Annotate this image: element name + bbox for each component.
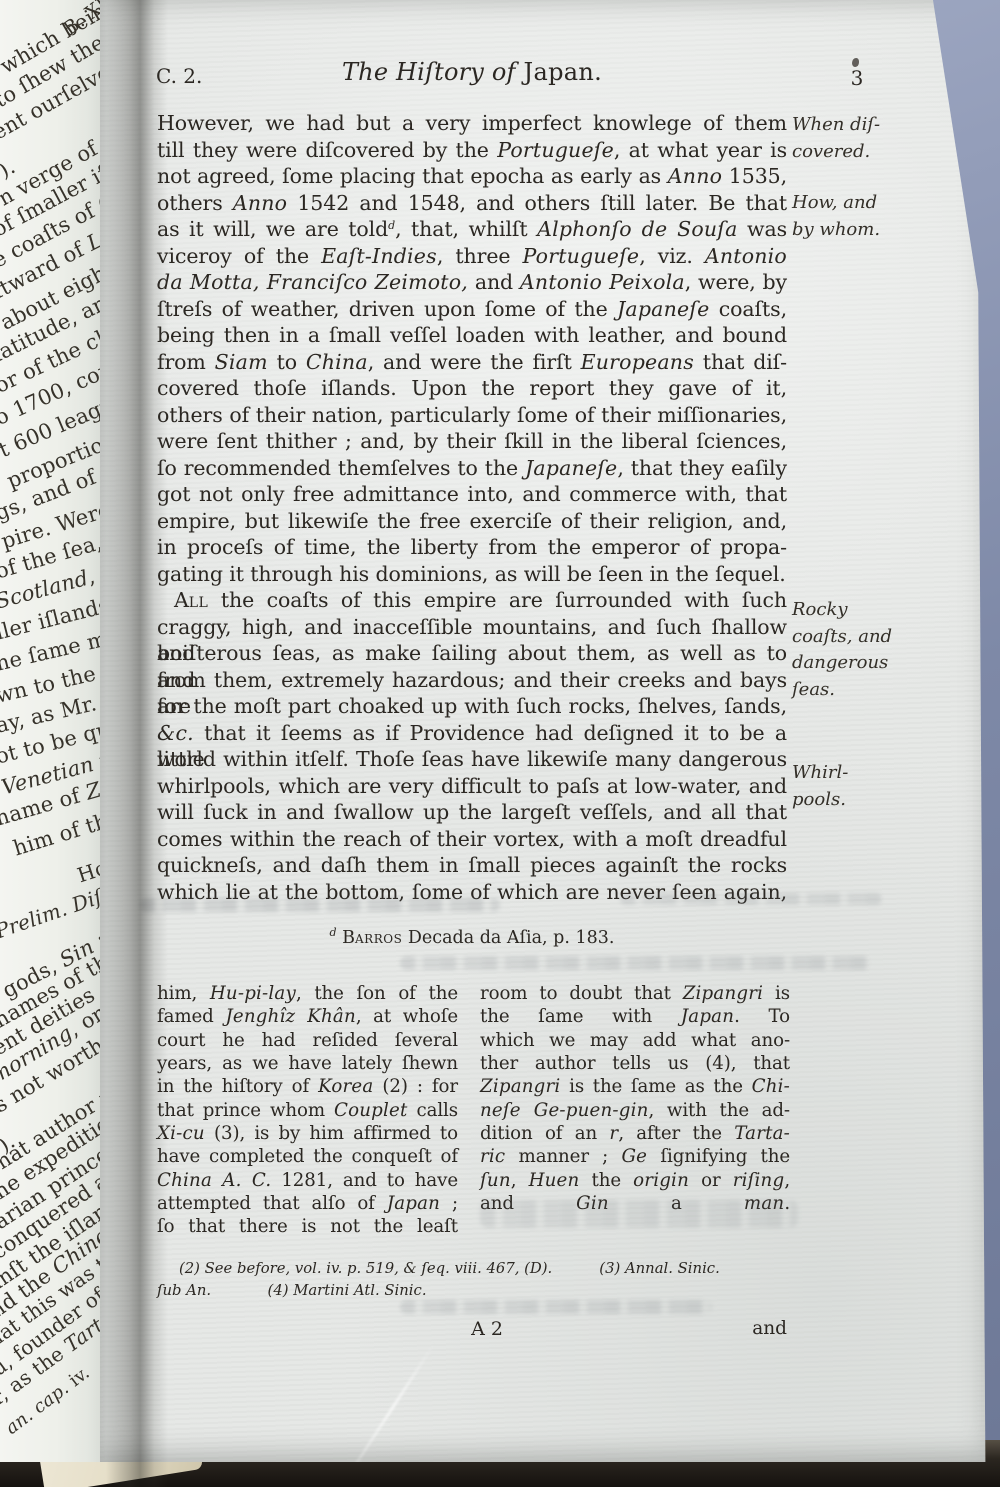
note-column-left: him, Hu-pi-lay, the ſon of thefamed Jeng… [157, 982, 458, 1239]
margin-note-whirlpools: Whirl-pools. [792, 760, 908, 813]
paragraph-discovery: However, we had but a very imperfect kno… [157, 110, 787, 587]
text-line: coaſts, and [792, 624, 908, 651]
text-line: court he had reſided ſeveral [157, 1029, 458, 1052]
text-line: for the moſt part choaked up with ſuch r… [157, 693, 787, 720]
text-line: in the hiſtory of Korea (2) : for [157, 1075, 458, 1098]
text-line: (2) See before, vol. iv. p. 519, & ſeq. … [157, 1258, 777, 1280]
text-line: ſtreſs of weather, driven upon ſome of t… [157, 296, 787, 323]
text-line: not agreed, ſome placing that epocha as … [157, 163, 787, 190]
running-title: The Hiſtory of Japan. [157, 58, 787, 86]
catchword: and [157, 1318, 787, 1339]
text-line: neſe Ge-puen-gin, with the ad- [480, 1099, 790, 1122]
text-line: pools. [792, 787, 908, 814]
book-photo: { "colors": { "backdrop": "#7e89a7", "pa… [0, 0, 1000, 1487]
text-line: got not only free admittance into, and c… [157, 481, 787, 508]
text-line: whirlpools, which are very difficult to … [157, 773, 787, 800]
text-line: da Motta, Franciſco Zeimoto, and Antonio… [157, 269, 787, 296]
ink-bleedthrough [620, 893, 882, 905]
bottom-footnotes: (2) See before, vol. iv. p. 519, & ſeq. … [157, 1258, 777, 1302]
text-line: comes within the reach of their vortex, … [157, 826, 787, 853]
text-line: ſeas. [792, 677, 908, 704]
text-line: craggy, high, and inacceſſible mountains… [157, 614, 787, 641]
page-number: 3 [840, 66, 874, 90]
text-line: that prince whom Couplet calls [157, 1099, 458, 1122]
margin-note-rocky-coasts: Rockycoaſts, anddangerousſeas. [792, 597, 908, 703]
text-line: ric manner ; Ge ſignifying the [480, 1145, 790, 1168]
text-line: quickneſs, and daſh them in ſmall pieces… [157, 852, 787, 879]
text-line: him, Hu-pi-lay, the ſon of the [157, 982, 458, 1005]
text-line: When diſ- [792, 112, 908, 139]
text-line: All the coaſts of this empire are ſurrou… [157, 587, 787, 614]
ink-bleedthrough [400, 1300, 712, 1314]
ink-bleedthrough [140, 898, 500, 912]
note-column-right: room to doubt that Zipangri isthe ſame w… [480, 982, 790, 1215]
text-line: in proceſs of time, the liberty from the… [157, 534, 787, 561]
text-line: till they were diſcovered by the Portugu… [157, 137, 787, 164]
text-line: which we may add what ano- [480, 1029, 790, 1052]
text-line: Zipangri is the ſame as the Chi- [480, 1075, 790, 1098]
text-line: have completed the conqueſt of [157, 1145, 458, 1168]
text-line: empire, but likewiſe the free exerciſe o… [157, 508, 787, 535]
text-line: Xi-cu (3), is by him affirmed to [157, 1122, 458, 1145]
ink-bleedthrough [480, 1200, 798, 1228]
text-line: from Siam to China, and were the firſt E… [157, 349, 787, 376]
text-line: &c. that it ſeems as if Providence had d… [157, 720, 787, 747]
text-line: However, we had but a very imperfect kno… [157, 110, 787, 137]
text-line: were ſent thither ; and, by their ſkill … [157, 428, 787, 455]
book-page: C. 2. The Hiſtory of Japan. 3 However, w… [100, 0, 988, 1462]
text-line: covered thoſe iſlands. Upon the report t… [157, 375, 787, 402]
text-line: the ſame with Japan. To [480, 1005, 790, 1028]
text-line: Rocky [792, 597, 908, 624]
text-line: ſo recommended themſelves to the Japaneſ… [157, 455, 787, 482]
text-line: world within itſelf. Thoſe ſeas have lik… [157, 746, 787, 773]
text-line: ther author tells us (4), that [480, 1052, 790, 1075]
text-line: will ſuck in and ſwallow up the largeſt … [157, 799, 787, 826]
text-line: attempted that alſo of Japan ; [157, 1192, 458, 1215]
text-line: dition of an r, after the Tarta- [480, 1122, 790, 1145]
text-line: others of their nation, particularly ſom… [157, 402, 787, 429]
text-line: ſub An. (4) Martini Atl. Sinic. [157, 1280, 777, 1302]
text-line: ſun, Huen the origin or riſing, [480, 1169, 790, 1192]
text-line: as it will, we are toldd, that, whilſt A… [157, 216, 787, 243]
text-line: boiſterous ſeas, as make ſailing about t… [157, 640, 787, 667]
text-line: How, and [792, 190, 908, 217]
text-line: years, as we have lately ſhewn [157, 1052, 458, 1075]
text-line: by whom. [792, 217, 908, 244]
text-line: ſo that there is not the leaſt [157, 1215, 458, 1238]
text-line: viceroy of the Eaſt-Indies, three Portug… [157, 243, 787, 270]
text-line: famed Jenghîz Khân, at whoſe [157, 1005, 458, 1028]
margin-note-when-discovered: When diſ-covered. [792, 112, 908, 165]
margin-note-how-by-whom: How, andby whom. [792, 190, 908, 243]
ink-bleedthrough [400, 956, 870, 970]
text-line: dangerous [792, 650, 908, 677]
paragraph-coasts: All the coaſts of this empire are ſurrou… [157, 587, 787, 905]
text-line: gating it through his dominions, as will… [157, 561, 787, 588]
text-line: Whirl- [792, 760, 908, 787]
text-line: China A. C. 1281, and to have [157, 1169, 458, 1192]
text-line: from them, extremely hazardous; and thei… [157, 667, 787, 694]
text-line: being then in a ſmall veſſel loaden with… [157, 322, 787, 349]
text-line: covered. [792, 139, 908, 166]
text-line: others Anno 1542 and 1548, and others ſt… [157, 190, 787, 217]
text-line: room to doubt that Zipangri is [480, 982, 790, 1005]
main-text-block: However, we had but a very imperfect kno… [157, 110, 787, 905]
footnote-barros: d Barros Decada da Aſia, p. 183. [157, 928, 787, 948]
